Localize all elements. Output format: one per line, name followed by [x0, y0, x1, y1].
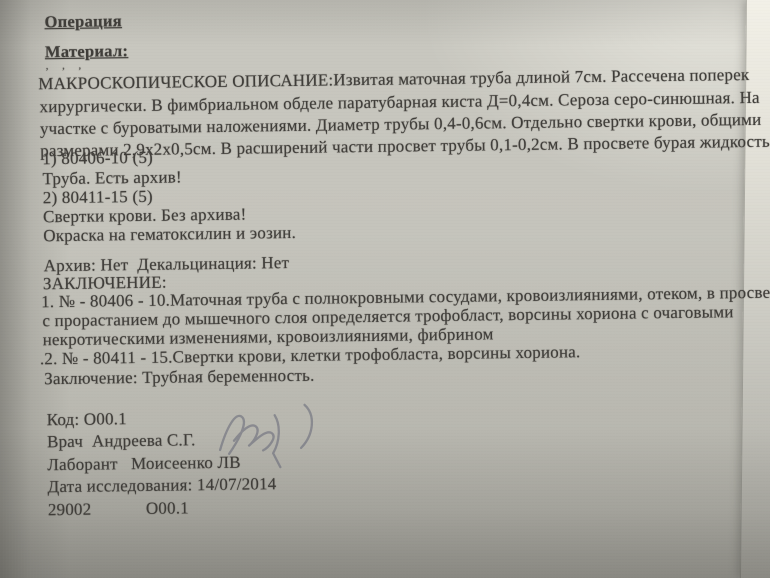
- sample-line: Окраска на гематоксилин и эозин.: [43, 223, 296, 246]
- footer-code: О00.1: [146, 498, 189, 519]
- final-conclusion-line: Заключение: Трубная беременность.: [44, 366, 315, 390]
- footer-number: 29002: [48, 500, 92, 521]
- code-line: Код: О00.1: [47, 409, 127, 430]
- report-body: Операция Материал: ʼ ʼ ʼ МАКРОСКОПИЧЕСКО…: [0, 0, 770, 578]
- study-date-line: Дата исследования: 14/07/2014: [47, 474, 276, 497]
- heading-material: Материал:: [45, 41, 129, 62]
- doctor-line: Врач Андреева С.Г.: [47, 430, 196, 452]
- photographed-pathology-report: Операция Материал: ʼ ʼ ʼ МАКРОСКОПИЧЕСКО…: [0, 0, 770, 578]
- heading-operation: Операция: [44, 11, 122, 32]
- handwritten-signature-icon: [209, 393, 330, 473]
- sample-line: Труба. Есть архив!: [42, 167, 182, 189]
- sample-line: 1) 80406-10 (5): [42, 148, 153, 169]
